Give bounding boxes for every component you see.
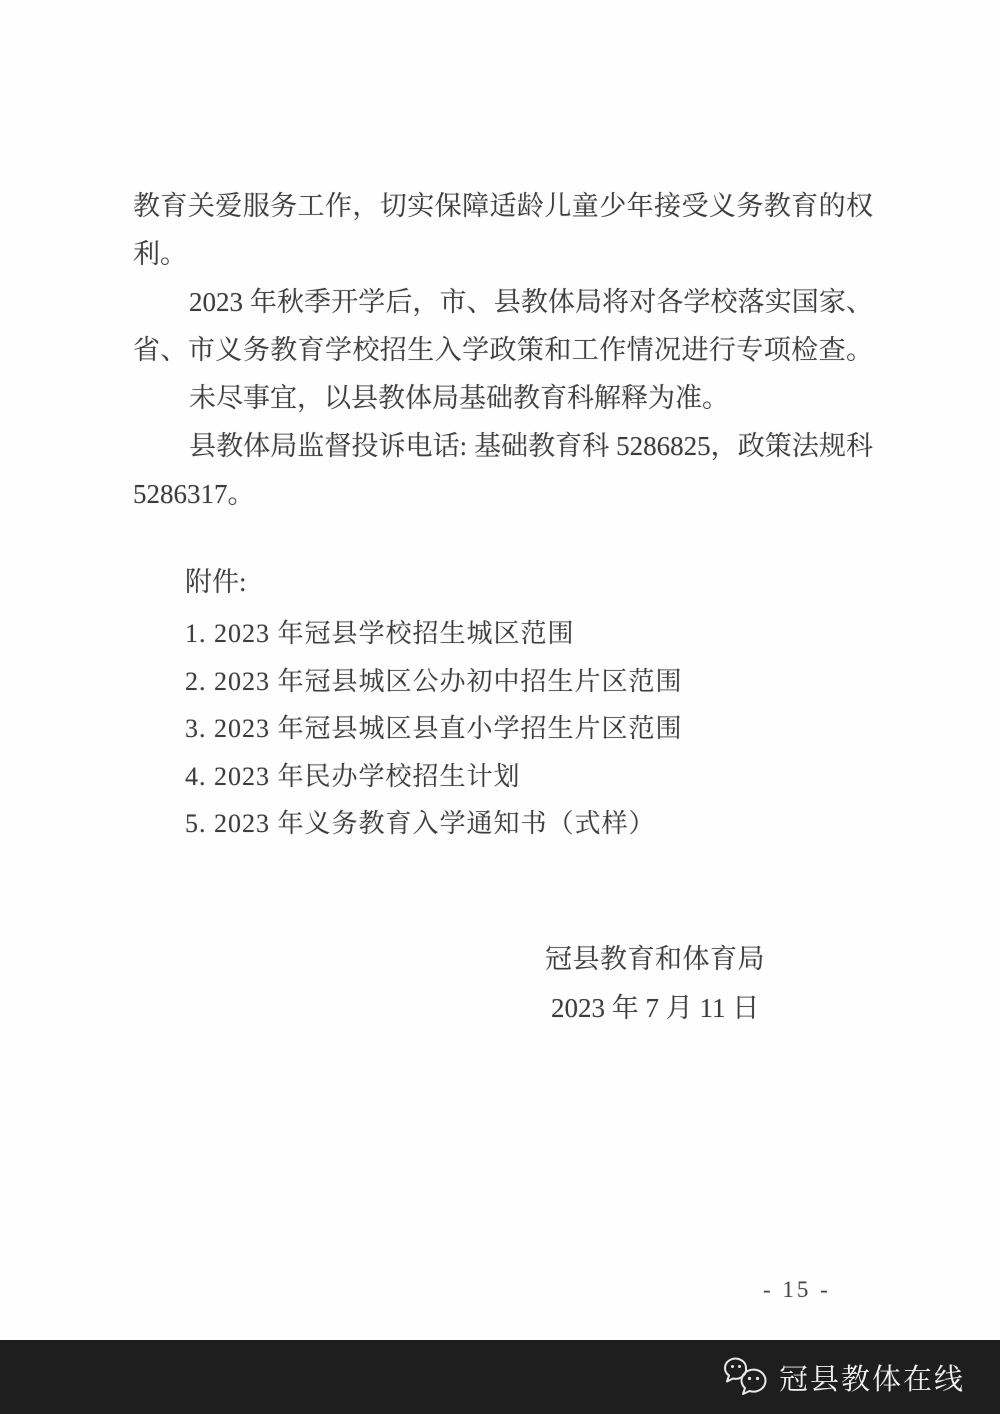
body-line: 未尽事宜，以县教体局基础教育科解释为准。 [133, 374, 873, 422]
attachments-list: 1. 2023 年冠县学校招生城区范围 2. 2023 年冠县城区公办初中招生片… [185, 610, 683, 848]
attachment-item: 2. 2023 年冠县城区公办初中招生片区范围 [185, 658, 683, 706]
body-line: 县教体局监督投诉电话: 基础教育科 5286825，政策法规科 [133, 422, 873, 470]
attachment-item: 4. 2023 年民办学校招生计划 [185, 753, 683, 801]
body-line: 5286317。 [133, 470, 873, 518]
body-paragraphs: 教育关爱服务工作，切实保障适龄儿童少年接受义务教育的权 利。 2023 年秋季开… [133, 182, 873, 518]
footer-account-name: 冠县教体在线 [779, 1357, 965, 1398]
wechat-bubbles-icon [723, 1355, 769, 1399]
attachment-item: 5. 2023 年义务教育入学通知书（式样） [185, 800, 683, 848]
attachment-item: 1. 2023 年冠县学校招生城区范围 [185, 610, 683, 658]
footer-bar: 冠县教体在线 [0, 1340, 1000, 1414]
body-line: 利。 [133, 230, 873, 278]
body-line: 2023 年秋季开学后，市、县教体局将对各学校落实国家、 [133, 278, 873, 326]
attachment-item: 3. 2023 年冠县城区县直小学招生片区范围 [185, 705, 683, 753]
signature-date: 2023 年 7 月 11 日 [551, 984, 759, 1032]
body-line: 教育关爱服务工作，切实保障适龄儿童少年接受义务教育的权 [133, 182, 873, 230]
body-line: 省、市义务教育学校招生入学政策和工作情况进行专项检查。 [133, 326, 873, 374]
page-number: - 15 - [763, 1276, 831, 1304]
attachments-heading: 附件: [185, 558, 247, 606]
signature-issuer: 冠县教育和体育局 [545, 935, 765, 983]
document-page: 教育关爱服务工作，切实保障适龄儿童少年接受义务教育的权 利。 2023 年秋季开… [0, 0, 1000, 1414]
